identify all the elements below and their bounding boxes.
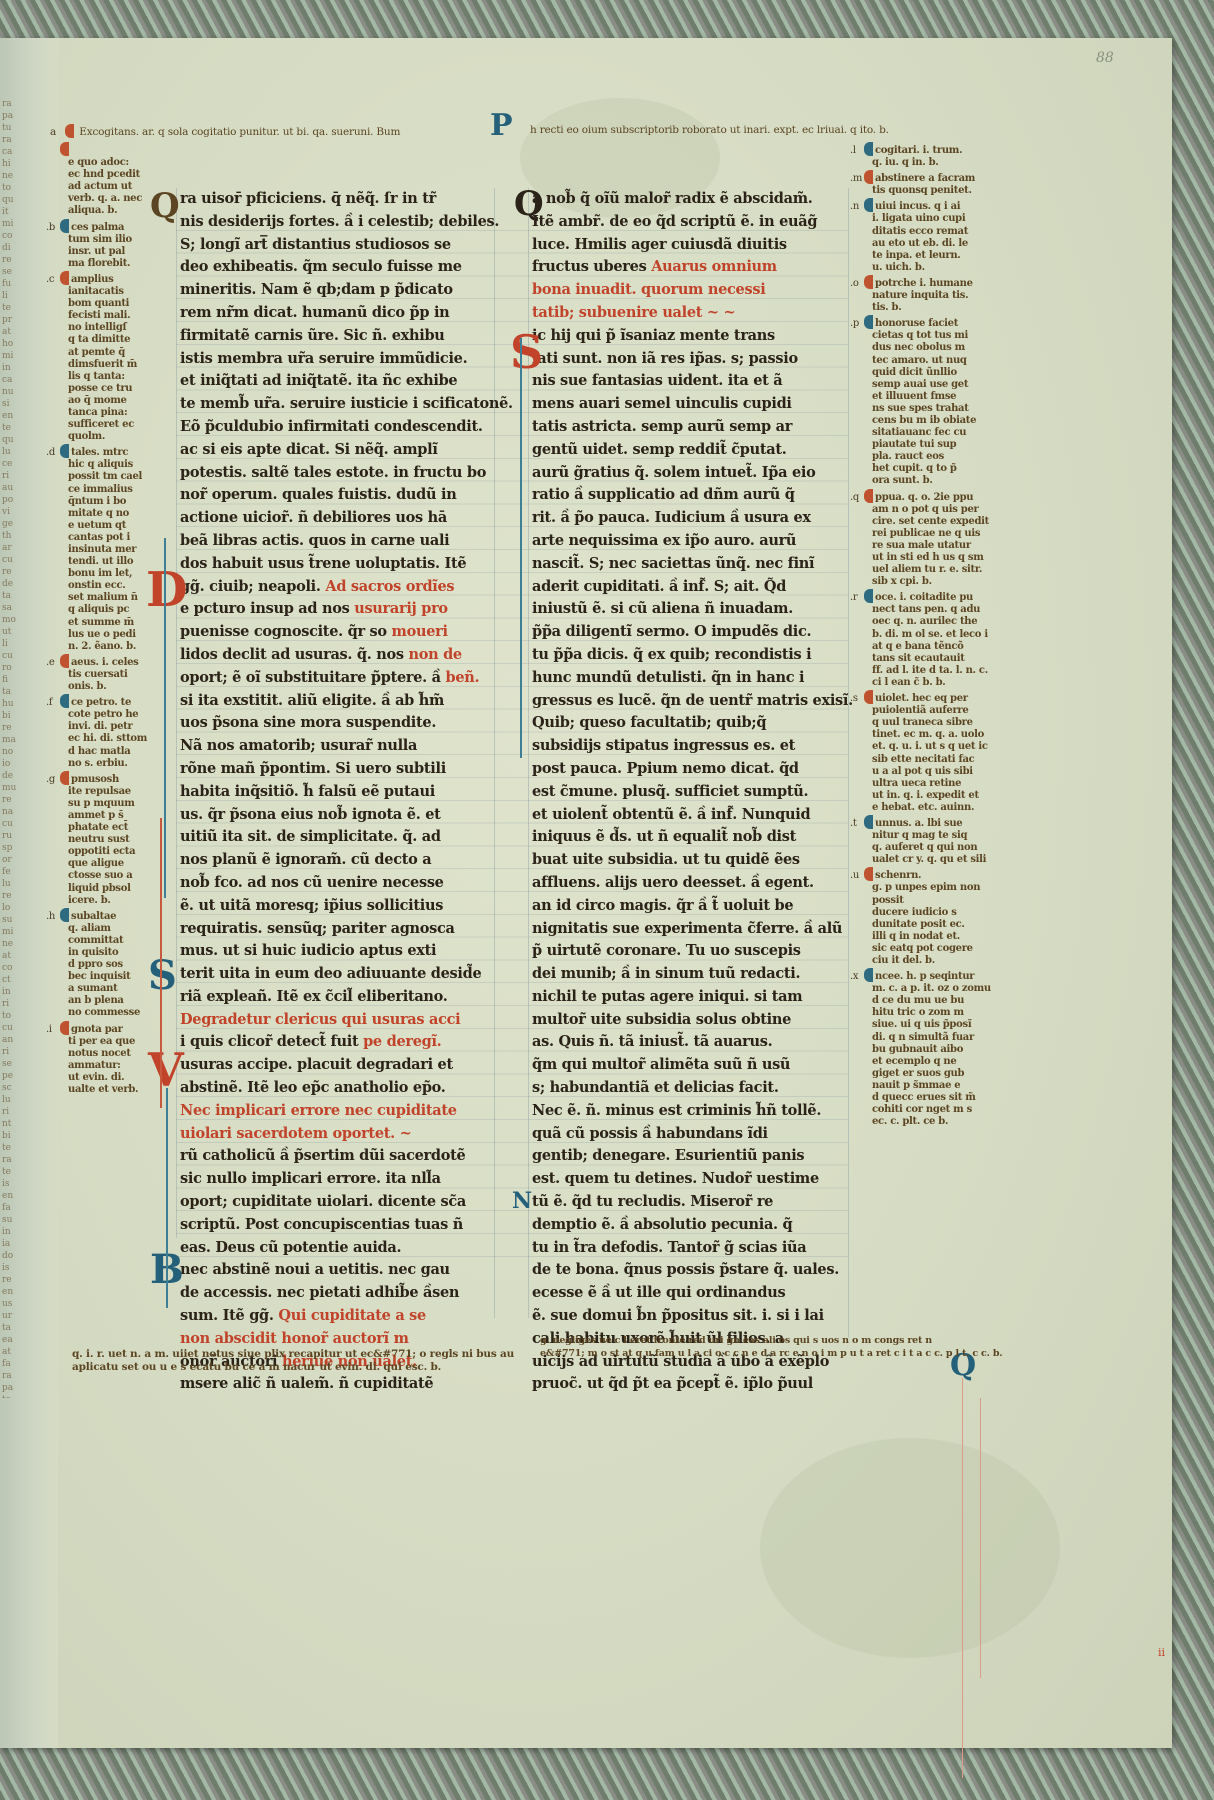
text-line: gentib; denegare. Esurientiũ panis xyxy=(532,1145,853,1168)
gloss-entry: .xncee. h. p seqinturm. c. a p. it. oz o… xyxy=(872,968,991,1128)
text-line: rũ catholicũ ầ p̃sertim dũi sacerdote… xyxy=(180,1145,513,1168)
text-line: oport; cupiditate uiolari. dicente sc̃a xyxy=(180,1191,513,1214)
paraph-initial-icon xyxy=(60,271,69,285)
paraph-initial-icon xyxy=(60,908,69,922)
text-line: Itẽ ambr̃. de eo q̃d scriptũ ẽ. in eu… xyxy=(532,211,853,234)
text-line: arte nequissima ex ip̃o auro. aurũ xyxy=(532,530,853,553)
quire-mark: ii xyxy=(1158,1646,1165,1659)
text-line: ẽ. ut uitã moresq; ip̃ius sollicitius xyxy=(180,895,513,918)
gloss-marker: .r xyxy=(850,592,864,604)
gloss-marker: .l xyxy=(850,145,864,157)
gloss-marker: .s xyxy=(850,693,864,705)
text-line: tatis astricta. semp aurũ semp ar xyxy=(532,416,853,439)
gloss-entry: .fce petro. tecote petro heinvi. di. pet… xyxy=(68,694,147,770)
paraph-initial-icon xyxy=(864,315,873,329)
text-line: nis sue fantasias uident. ita et ã xyxy=(532,370,853,393)
paraph-initial-icon xyxy=(864,489,873,503)
blue-penwork-flourish xyxy=(166,1088,168,1308)
text-line: puenisse cognoscite. q̃r so moueri xyxy=(180,621,513,644)
text-line: Eõ p̃culdubio infirmitati condescendit. xyxy=(180,416,513,439)
gutter-shadow: ra pa tu ra ca hi ne to qu it mi co di r… xyxy=(0,38,58,1748)
text-line: oport; ẽ oĩ substituitare p̃ptere. ầ b… xyxy=(180,667,513,690)
text-line: actione uicior̃. ñ debiliores uos hā xyxy=(180,507,513,530)
text-line: uiolari sacerdotem oportet. ~ xyxy=(180,1123,513,1146)
text-line: multor̃ uite subsidia solus obtine xyxy=(532,1009,853,1032)
paraph-initial-icon xyxy=(60,654,69,668)
gloss-entry: .bces palmatum sim ilioinsr. ut palma fl… xyxy=(68,219,147,270)
text-line: ac si eis apte dicat. Si nẽq̃. amplĩ xyxy=(180,439,513,462)
text-line: mineritis. Nam ẽ qb;dam p p̃dicato xyxy=(180,279,513,302)
footer-gloss-right: g. negliges ue c l eret fronte red uri g… xyxy=(540,1334,1002,1360)
paraph-initial-icon xyxy=(864,815,873,829)
paraph-initial-icon xyxy=(60,771,69,785)
paraph-initial-icon xyxy=(60,444,69,458)
manuscript-leaf: ra pa tu ra ca hi ne to qu it mi co di r… xyxy=(0,38,1172,1748)
text-line: rõne mañ p̃pontim. Si uero subtili xyxy=(180,758,513,781)
text-line: si ita exstitit. aliũ eligite. ầ ab h̃m… xyxy=(180,690,513,713)
text-line: uitiũ ita sit. de simplicitate. q̃. ad xyxy=(180,826,513,849)
paraph-initial-icon xyxy=(864,867,873,881)
text-line: gressus es lucẽ. q̃n de uentr̃ matris e… xyxy=(532,690,853,713)
parchment-stain xyxy=(760,1438,1060,1658)
text-line: iniquus ẽ d̃s. ut ñ equalit̃ nob̃ dist xyxy=(532,826,853,849)
initial-s-blue: S xyxy=(148,954,177,998)
text-line: Nã nos amatorib; usurar̃ nulla xyxy=(180,735,513,758)
text-line: dei munib; ầ in sinum tuũ redacti. xyxy=(532,963,853,986)
gloss-entry: .campliusianitacatisbom quantifecisti ma… xyxy=(68,271,147,443)
gloss-entry: .tunnus. a. lbi suenitur q mag te siqq. … xyxy=(872,815,991,866)
text-line: quã cũ possis ầ habundans ĩdi xyxy=(532,1123,853,1146)
right-marginal-gloss: .lcogitari. i. trum.q. iu. q in. b..mabs… xyxy=(872,142,991,1129)
text-line: sic nullo implicari errore. ita nll̃a xyxy=(180,1168,513,1191)
rubric: Auarus omnium xyxy=(651,258,777,275)
gloss-marker: .i xyxy=(46,1024,60,1036)
gloss-marker: .u xyxy=(850,870,864,882)
text-line: bona inuadit. quorum necessi xyxy=(532,279,853,302)
gloss-marker: .b xyxy=(46,222,60,234)
gloss-marker: .q xyxy=(850,492,864,504)
text-line: nignitatis sue experimenta c̃ferre. ầ al… xyxy=(532,918,853,941)
gloss-entry: .suiolet. hec eq perpuiolentiã auferreq… xyxy=(872,690,991,814)
text-line: sum. Itẽ gg̃. Qui cupiditate a se xyxy=(180,1305,513,1328)
text-line: Degradetur clericus qui usuras acci xyxy=(180,1009,513,1032)
text-line: riã expleañ. Itẽ ex c̃cil̃ eliberitan… xyxy=(180,986,513,1009)
text-line: et uiolent̃ obtentũ ẽ. ầ inf̃. Nunquid xyxy=(532,804,853,827)
initial-n-blue: N xyxy=(512,1188,532,1214)
text-line: tu in t̃ra defodis. Tantor̃ g̃ scias iũ… xyxy=(532,1237,853,1260)
gloss-marker: .g xyxy=(46,774,60,786)
rubric: usurarij pro xyxy=(354,600,448,617)
text-line: requiratis. sensũq; pariter agnosca xyxy=(180,918,513,941)
gloss-marker: .o xyxy=(850,278,864,290)
text-line: mens auari semel uinculis cupidi xyxy=(532,393,853,416)
gloss-entry: .hsubaltaeq. aliamcommittatin quisitod p… xyxy=(68,908,147,1020)
rubric: pe deregĩ. xyxy=(363,1033,441,1050)
text-line: rit. ầ p̃o pauca. Iudicium ầ usura ex xyxy=(532,507,853,530)
gloss-entry: e quo adoc:ec hnd pceditad actum utverb.… xyxy=(68,142,147,218)
text-line: gentũ uidet. semp reddit̃ c̃putat. xyxy=(532,439,853,462)
text-line: ra uisor̄ pficiciens. q̄ nẽq̃. ſr in tr… xyxy=(180,188,513,211)
paraph-initial-icon xyxy=(60,142,69,156)
text-line: tũ ẽ. q̃d tu recludis. Miseror̃ re xyxy=(532,1191,853,1214)
left-marginal-gloss: e quo adoc:ec hnd pceditad actum utverb.… xyxy=(68,142,147,1097)
text-line: istis membra ur̃a seruire immũdicie. xyxy=(180,348,513,371)
text-line: deo exhibeatis. q̃m seculo fuisse me xyxy=(180,256,513,279)
text-line: iniustũ ẽ. si cũ aliena ñ inuadam. xyxy=(532,598,853,621)
gloss-entry: .roce. i. coitadite punect tans pen. q a… xyxy=(872,589,991,689)
gloss-marker: .c xyxy=(46,274,60,286)
blue-penwork-flourish xyxy=(520,338,522,758)
folio-number: 88 xyxy=(1096,50,1114,66)
text-line: q̃m qui multor̃ alimẽta suũ ñ usũ xyxy=(532,1054,853,1077)
red-penwork-flourish xyxy=(160,818,162,1108)
initial-q-penwork: Q xyxy=(150,184,180,228)
text-line: eas. Deus cũ potentie auida. xyxy=(180,1237,513,1260)
gloss-entry: .qppua. q. o. 2ie ppuam n o pot q uis pe… xyxy=(872,489,991,589)
text-line: fructus uberes Auarus omnium xyxy=(532,256,853,279)
rubric: non de xyxy=(408,646,461,663)
initial-p: P xyxy=(490,108,513,143)
paraph-initial-icon xyxy=(864,589,873,603)
text-line: hunc mundũ detulisti. q̃n in hanc i xyxy=(532,667,853,690)
text-line: nascit̃. S; nec saciettas ũnq̃. nec fin… xyxy=(532,553,853,576)
paraph-initial-icon xyxy=(60,1021,69,1035)
gloss-entry: .nuiui incus. q i aii. ligata uino cupid… xyxy=(872,198,991,274)
text-line: msere alic̃ ñ ualem̃. ñ cupiditatẽ xyxy=(180,1373,513,1396)
red-penwork-tail xyxy=(962,1378,963,1778)
gloss-marker: .h xyxy=(46,911,60,923)
text-line: buat uite subsidia. ut tu quidẽ ẽes xyxy=(532,849,853,872)
gloss-entry: .opotrche i. humanenature inquita tis.ti… xyxy=(872,275,991,314)
text-line: ecesse ẽ ầ ut ille qui ordinandus xyxy=(532,1282,853,1305)
text-line: demptio ẽ. ầ absolutio pecunia. q̃ xyxy=(532,1214,853,1237)
rubric: beñ. xyxy=(446,669,480,686)
text-line: gg̃. ciuib; neapoli. Ad sacros ordĩes xyxy=(180,576,513,599)
text-line: nor̃ operum. quales fuistis. dudũ in xyxy=(180,484,513,507)
initial-q-head-penwork: Q xyxy=(514,184,544,224)
text-line: habita inq̃sitiõ. h̃ falsũ eẽ putaui xyxy=(180,781,513,804)
gloss-marker: .t xyxy=(850,818,864,830)
paraph-initial-icon xyxy=(864,690,873,704)
rubric: Qui cupiditate a se xyxy=(278,1307,426,1324)
facing-page-text: ra pa tu ra ca hi ne to qu it mi co di r… xyxy=(2,98,28,1398)
text-line: aderit cupiditati. ầ inf̃. S; ait. Q̃d xyxy=(532,576,853,599)
text-line: Quib; queso facultatib; quib;q̃ xyxy=(532,712,853,735)
text-line: scriptũ. Post concupiscentias tuas ñ xyxy=(180,1214,513,1237)
text-line: potestis. saltẽ tales estote. in fructu… xyxy=(180,462,513,485)
initial-s-red: S xyxy=(510,330,543,374)
gloss-entry: .uschenrn.g. p unpes epim nonpossitducer… xyxy=(872,867,991,967)
top-running-gloss-right: h recti eo oium subscriptorib roborato u… xyxy=(530,124,889,136)
gloss-marker: .e xyxy=(46,657,60,669)
footer-gloss-left: q. i. r. uet n. a m. uiiet notus siue pl… xyxy=(72,1348,514,1374)
text-line: an id circo magis. q̃r ầ t̃ uoluit be xyxy=(532,895,853,918)
text-line: tu p̃p̃a dicis. q̃ ex quib; recondistis … xyxy=(532,644,853,667)
gloss-entry: .phonoruse facietcietas q tot tus midus … xyxy=(872,315,991,487)
text-line: dos habuit usus t̃rene uoluptatis. Itẽ xyxy=(180,553,513,576)
text-line: affluens. alijs uero deesset. ầ egent. xyxy=(532,872,853,895)
text-line: us. q̃r p̃sona eius nob̃ ignota ẽ. et xyxy=(180,804,513,827)
text-line: Nec implicari errore nec cupiditate xyxy=(180,1100,513,1123)
text-line: et iniq̃tati ad iniq̃tatẽ. ita ñc exhi… xyxy=(180,370,513,393)
gloss-entry: .mabstinere a facramtis quonsq penitet. xyxy=(872,170,991,197)
text-line: nichil te putas agere iniqui. si tam xyxy=(532,986,853,1009)
text-line: est c̃mune. plusq̃. sufficiet sumptũ. xyxy=(532,781,853,804)
text-line: est. quem tu detines. Nudor̃ uestime xyxy=(532,1168,853,1191)
initial-d-red: D xyxy=(146,568,188,612)
paraph-initial-icon xyxy=(864,968,873,982)
text-line: abstinẽ. Itẽ leo ep̃c anatholio ep̃o. xyxy=(180,1077,513,1100)
text-line: ratio ầ supplicatio ad dñm aurũ q̃ xyxy=(532,484,853,507)
red-paraph-initial xyxy=(65,124,74,138)
text-line: as. Quis ñ. tã iniust̃. tã auarus. xyxy=(532,1031,853,1054)
gloss-entry: .eaeus. i. celestis cuersationis. b. xyxy=(68,654,147,693)
gloss-marker: .m xyxy=(850,173,864,185)
text-line: de te bona. q̃nus possis p̃stare q̃. ual… xyxy=(532,1259,853,1282)
text-line: usuras accipe. placuit degradari et xyxy=(180,1054,513,1077)
rubric: Ad sacros ordĩes xyxy=(325,578,454,595)
gloss-marker: .n xyxy=(850,201,864,213)
text-line: s; habundantiã et delicias facit. xyxy=(532,1077,853,1100)
text-line: nob̃ fco. ad nos cũ uenire necesse xyxy=(180,872,513,895)
main-text-column-a: ra uisor̄ pficiciens. q̄ nẽq̃. ſr in tr… xyxy=(180,188,513,1396)
gloss-entry: .lcogitari. i. trum.q. iu. q in. b. xyxy=(872,142,991,169)
text-line: Nec ẽ. ñ. minus est criminis h̃ñ toll… xyxy=(532,1100,853,1123)
text-line: terit uita in eum deo adiuuante desid̃e xyxy=(180,963,513,986)
main-text-column-b: a nob̃ q̃ oĩũ malor̃ radix ẽ abscidam… xyxy=(532,188,853,1396)
text-line: nec abstinẽ noui a uetitis. nec gau xyxy=(180,1259,513,1282)
red-penwork-tail xyxy=(980,1398,981,1678)
paraph-initial-icon xyxy=(864,198,873,212)
gloss-entry: .gpmusoshite repulsaesu p mquumammet p s… xyxy=(68,771,147,907)
paraph-initial-icon xyxy=(60,219,69,233)
text-line: de accessis. nec pietati adhib̃e ầsen xyxy=(180,1282,513,1305)
paraph-initial-icon xyxy=(864,142,873,156)
text-line: uos p̃sona sine mora suspendite. xyxy=(180,712,513,735)
gloss-marker: .d xyxy=(46,447,60,459)
text-line: pruoc̃. ut q̃d p̃t ea p̃cept̃ ẽ. ip̃lo … xyxy=(532,1373,853,1396)
text-line: lidos declit ad usuras. q̃. nos non de xyxy=(180,644,513,667)
rubric: moueri xyxy=(392,623,448,640)
text-line: p̃ uirtutẽ coronare. Tu uo suscepis xyxy=(532,940,853,963)
top-running-gloss-left: a Excogitans. ar. q sola cogitatio punit… xyxy=(50,124,400,138)
text-line: i quis clicor̃ detect̃ fuit pe deregĩ. xyxy=(180,1031,513,1054)
text-line: te memb̃ ur̃a. seruire iusticie i scific… xyxy=(180,393,513,416)
text-line: ẽ. sue domui b̃n p̃positus sit. i. si i… xyxy=(532,1305,853,1328)
gloss-marker: .p xyxy=(850,318,864,330)
gloss-entry: .ignota parti per ea quenotus nocetammat… xyxy=(68,1021,147,1097)
text-line: mus. ut si huic iudicio aptus exti xyxy=(180,940,513,963)
text-line: tatib; subuenire ualet ~ ~ xyxy=(532,302,853,325)
text-line: lati sunt. non iã res ip̃as. s; passio xyxy=(532,348,853,371)
gloss-marker: .x xyxy=(850,971,864,983)
paraph-initial-icon xyxy=(60,694,69,708)
gloss-marker: .f xyxy=(46,697,60,709)
text-line: rem nr̃m dicat. humanũ dico p̃p in xyxy=(180,302,513,325)
text-line: aurũ g̃ratius q̃. solem intuet̃. Ip̃a e… xyxy=(532,462,853,485)
blue-penwork-flourish xyxy=(164,538,166,898)
text-line: nos planũ ẽ ignoram̃. cũ decto a xyxy=(180,849,513,872)
text-line: e pcturo insup ad nos usurarij pro xyxy=(180,598,513,621)
text-line: post pauca. Ppium nemo dicat. q̃d xyxy=(532,758,853,781)
initial-v-red: V xyxy=(148,1048,184,1092)
gloss-entry: .dtales. mtrchic q aliquispossit tm cael… xyxy=(68,444,147,653)
text-line: ic hij qui p̃ ĩsaniaz mente trans xyxy=(532,325,853,348)
text-line: luce. Hmilis ager cuiusdã diuitis xyxy=(532,234,853,257)
text-line: firmitatẽ carnis ũre. Sic ñ. exhibu xyxy=(180,325,513,348)
text-line: subsidijs stipatus ingressus es. et xyxy=(532,735,853,758)
text-line: S; longĩ art̅ distantius studiosos se xyxy=(180,234,513,257)
text-line: a nob̃ q̃ oĩũ malor̃ radix ẽ abscidam… xyxy=(532,188,853,211)
paraph-initial-icon xyxy=(864,170,873,184)
paraph-initial-icon xyxy=(864,275,873,289)
text-line: p̃p̃a diligentĩ sermo. O impudẽs dic. xyxy=(532,621,853,644)
text-line: beã libras actis. quos in carne uali xyxy=(180,530,513,553)
text-line: nis desiderijs fortes. ầ i celestib; deb… xyxy=(180,211,513,234)
